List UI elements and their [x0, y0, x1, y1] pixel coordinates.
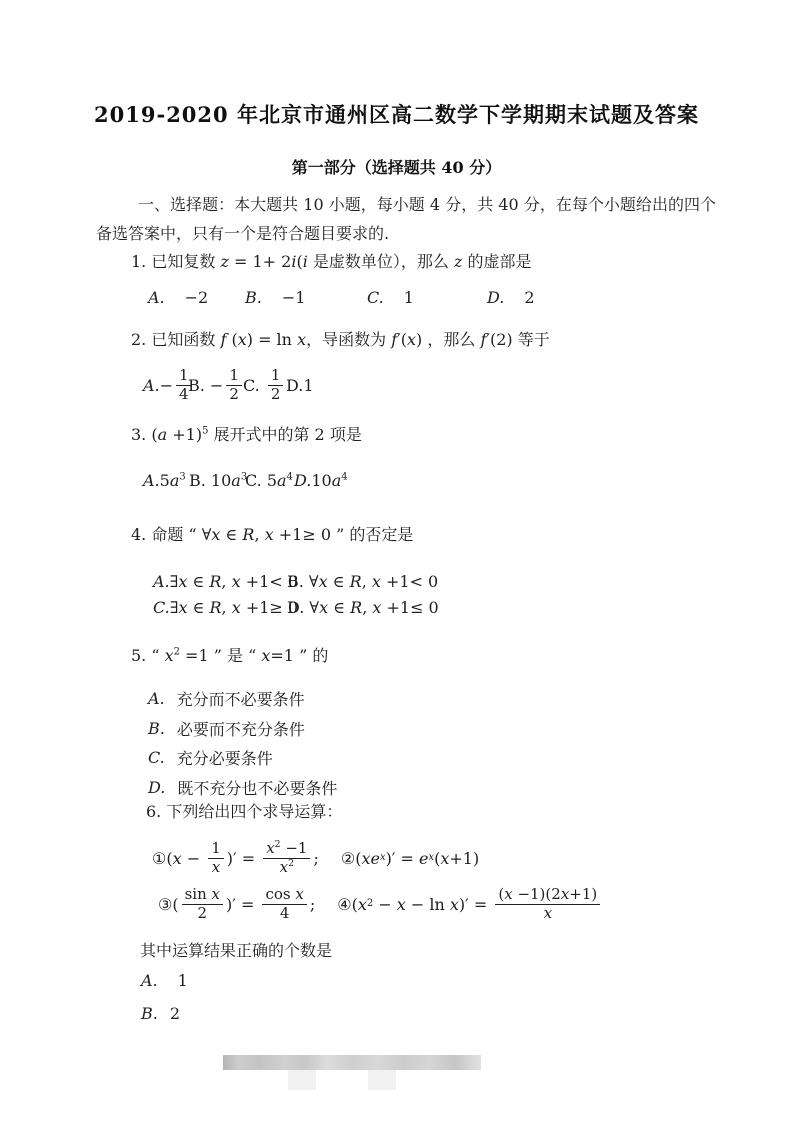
question-3-option-b: B. 10a3: [189, 471, 247, 491]
option-text: −2: [185, 288, 209, 307]
question-2-stem: 2. 已知函数 f (x) = ln x，导函数为 f′(x) ，那么 f′(2…: [131, 330, 550, 350]
derivative-formula-2: ②(xex)′ = ex(x+1): [341, 849, 479, 868]
question-6-option-a: A. 1: [141, 971, 188, 990]
question-2-option-b: B. −12: [188, 363, 245, 407]
derivative-formula-1: ①(x − 1x)′ = x2 −1x2;: [152, 840, 319, 876]
option-text: 必要而不充分条件: [177, 717, 305, 740]
question-2-option-c: C. 12: [243, 363, 286, 407]
option-label: B.: [245, 288, 262, 307]
question-5-option-a: A. 充分而不必要条件: [148, 687, 305, 710]
exam-page: 2019-2020 年北京市通州区高二数学下学期期末试题及答案 第一部分（选择题…: [0, 0, 793, 1122]
question-3-option-c: C. 5a4: [245, 471, 293, 491]
option-text: 1: [404, 288, 414, 307]
watermark-smudge-2: [368, 1070, 396, 1090]
option-text: 充分必要条件: [177, 746, 273, 769]
question-4-option-b: B. ∀x ∈ R, x +1< 0: [287, 572, 438, 592]
watermark-smudge-1: [288, 1070, 316, 1090]
option-label: C.: [367, 288, 384, 307]
question-5-option-c: C. 充分必要条件: [148, 746, 273, 769]
question-2-option-a: A.−14: [143, 363, 195, 407]
question-6-stem: 6. 下列给出四个求导运算：: [146, 802, 342, 822]
option-text: 既不充分也不必要条件: [177, 776, 337, 799]
option-text: −1: [282, 288, 306, 307]
question-1-option-a: A. −2: [148, 288, 208, 307]
option-label: B.: [148, 719, 165, 738]
option-label: D.: [487, 288, 504, 307]
option-label: D.: [148, 778, 165, 797]
question-5-stem: 5. “ x2 =1 ” 是 “ x=1 ” 的: [131, 646, 328, 666]
page-title: 2019-2020 年北京市通州区高二数学下学期期末试题及答案: [0, 99, 793, 129]
question-3-stem: 3. (a +1)5 展开式中的第 2 项是: [131, 425, 362, 445]
question-4-option-c: C.∃x ∈ R, x +1≥ 0: [153, 598, 298, 618]
option-text: 1: [178, 971, 188, 990]
option-label: A.: [148, 288, 165, 307]
question-6-option-b: B. 2: [141, 1004, 180, 1023]
question-5-option-d: D. 既不充分也不必要条件: [148, 776, 337, 799]
section-heading: 第一部分（选择题共 40 分）: [0, 155, 793, 178]
option-label: A.: [148, 689, 165, 708]
question-3-option-d: D.10a4: [294, 471, 348, 491]
question-4-stem: 4. 命题 “ ∀x ∈ R, x +1≥ 0 ” 的否定是: [131, 525, 413, 545]
derivative-formula-3: ③(sin x2)′ = cos x4;: [158, 886, 315, 922]
option-text: 2: [524, 288, 534, 307]
option-label: A.: [141, 971, 158, 990]
option-text: 2: [170, 1004, 180, 1023]
intro-paragraph: 一、选择题：本大题共 10 小题，每小题 4 分，共 40 分，在每个小题给出的…: [96, 190, 716, 248]
option-text: 充分而不必要条件: [177, 687, 305, 710]
question-1-option-d: D. 2: [487, 288, 535, 307]
question-5-option-b: B. 必要而不充分条件: [148, 717, 305, 740]
question-1-option-c: C. 1: [367, 288, 414, 307]
question-4-option-d: D. ∀x ∈ R, x +1≤ 0: [287, 598, 439, 618]
question-2-option-d: D.1: [286, 363, 314, 407]
question-6-followup: 其中运算结果正确的个数是: [140, 941, 332, 961]
derivative-row-2: ③(sin x2)′ = cos x4; ④(x2 − x − ln x)′ =…: [158, 880, 603, 928]
option-label: C.: [148, 748, 165, 767]
derivative-row-1: ①(x − 1x)′ = x2 −1x2; ②(xex)′ = ex(x+1): [152, 834, 479, 882]
question-4-option-a: A.∃x ∈ R, x +1< 0: [153, 572, 298, 592]
derivative-formula-4: ④(x2 − x − ln x)′ = (x −1)(2x+1)x: [337, 886, 603, 922]
watermark-band: [223, 1055, 481, 1070]
option-label: B.: [141, 1004, 158, 1023]
question-3-option-a: A.5a3: [143, 471, 186, 491]
question-1-option-b: B. −1: [245, 288, 305, 307]
question-1-stem: 1. 已知复数 z = 1+ 2i(i 是虚数单位），那么 z 的虚部是: [131, 252, 532, 272]
